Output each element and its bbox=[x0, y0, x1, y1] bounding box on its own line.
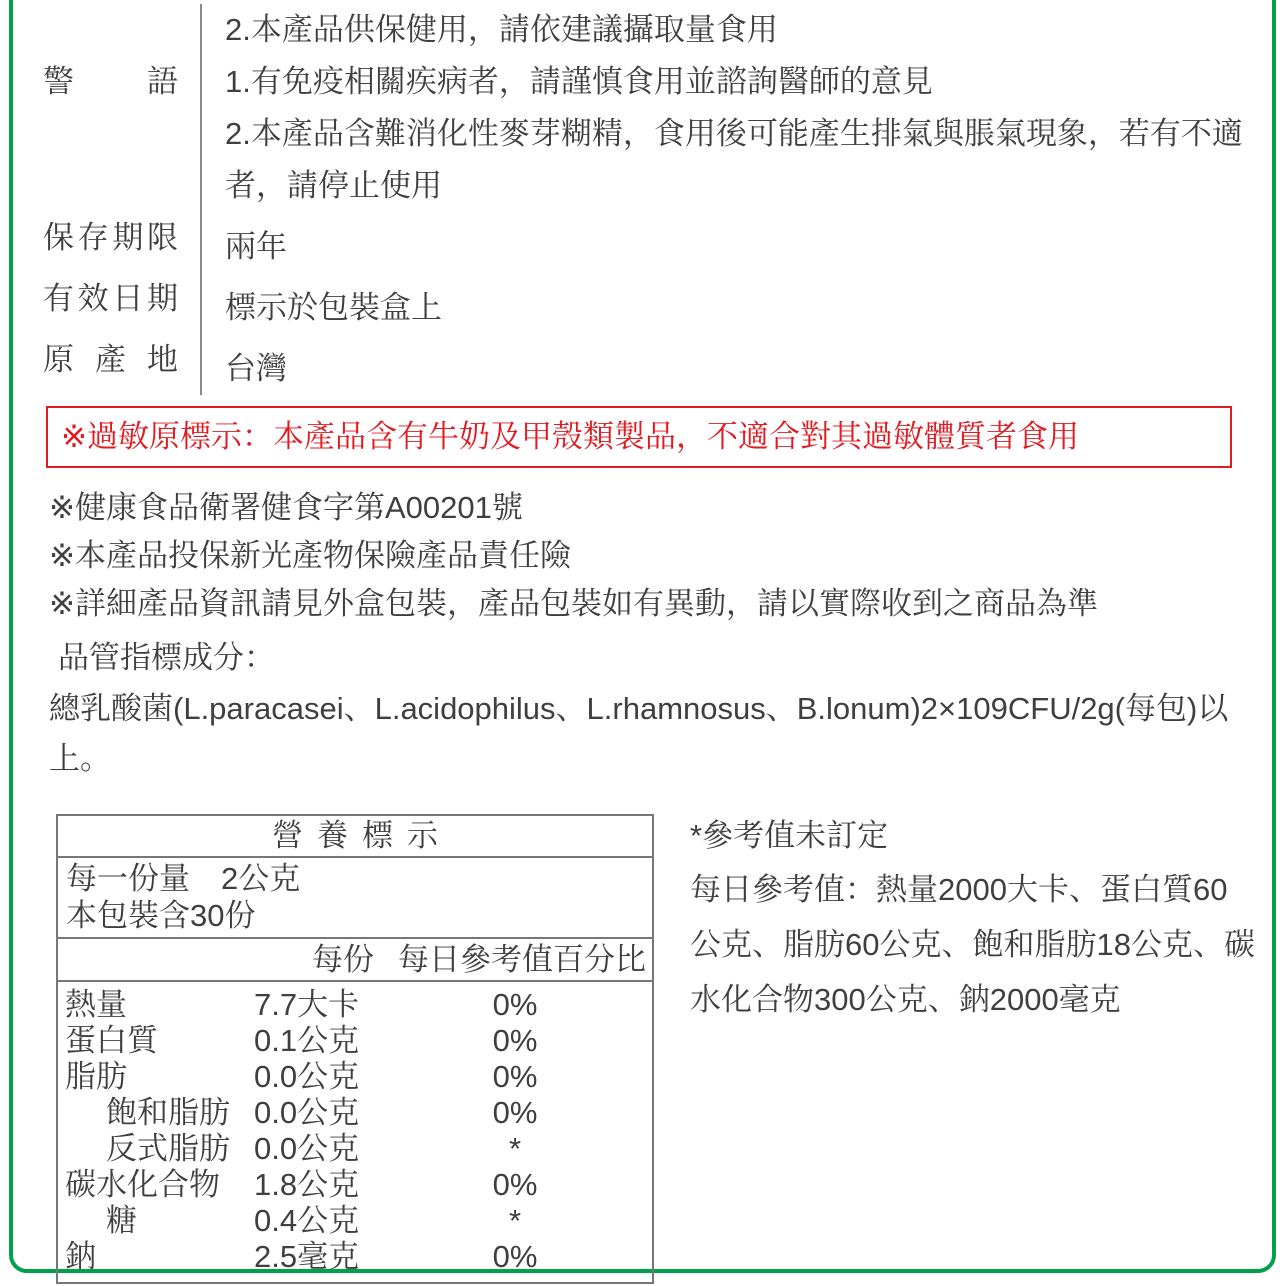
nutrition-facts-table: 營養標示 每一份量 2公克 本包裝含30份 每份 每日參考值百分比 熱量 7.7… bbox=[56, 814, 654, 1284]
table-row-trans-fat: 反式脂肪 0.0公克 * bbox=[58, 1131, 652, 1167]
serving-info: 每一份量 2公克 本包裝含30份 bbox=[58, 858, 652, 939]
row-daily-value: 0% bbox=[430, 1059, 600, 1095]
row-label: 碳水化合物 bbox=[58, 1167, 254, 1203]
info-value-shelf-life: 兩年 bbox=[202, 212, 1270, 273]
row-value: 1.8公克 bbox=[254, 1167, 430, 1203]
note-packaging-disclaimer: ※詳細產品資訊請見外盒包裝，產品包裝如有異動，請以實際收到之商品為準 bbox=[49, 580, 1260, 628]
row-label: 反式脂肪 bbox=[58, 1131, 254, 1167]
nutrition-section: 營養標示 每一份量 2公克 本包裝含30份 每份 每日參考值百分比 熱量 7.7… bbox=[56, 814, 1270, 1284]
warning-line-1: 1.有免疫相關疾病者，請謹慎食用並諮詢醫師的意見 bbox=[225, 56, 1244, 108]
daily-reference-values: 每日參考值：熱量2000大卡、蛋白質60公克、脂肪60公克、飽和脂肪18公克、碳… bbox=[690, 862, 1256, 1027]
info-value-usage-continued: 2.本產品供保健用，請依建議攝取量食用 bbox=[202, 4, 1270, 56]
table-row-sodium: 鈉 2.5毫克 0% bbox=[58, 1239, 652, 1275]
info-label-shelf-life: 保存期限 bbox=[15, 212, 202, 273]
row-daily-value: * bbox=[430, 1203, 600, 1239]
info-value-origin: 台灣 bbox=[202, 334, 1270, 395]
info-value-warnings: 1.有免疫相關疾病者，請謹慎食用並諮詢醫師的意見 2.本產品含難消化性麥芽糊精，… bbox=[202, 56, 1270, 212]
row-label: 飽和脂肪 bbox=[58, 1095, 254, 1131]
row-value: 0.1公克 bbox=[254, 1023, 430, 1059]
table-row-protein: 蛋白質 0.1公克 0% bbox=[58, 1023, 652, 1059]
column-header-daily-value: 每日參考值百分比 bbox=[398, 941, 646, 978]
nutrition-table-title: 營養標示 bbox=[58, 816, 652, 858]
row-value: 2.5毫克 bbox=[254, 1239, 430, 1275]
page-content: 2.本產品供保健用，請依建議攝取量食用 警語 1.有免疫相關疾病者，請謹慎食用並… bbox=[15, 0, 1270, 1284]
row-label: 糖 bbox=[58, 1203, 254, 1239]
row-label: 脂肪 bbox=[58, 1059, 254, 1095]
row-label: 熱量 bbox=[58, 987, 254, 1023]
info-label-empty bbox=[15, 4, 202, 56]
row-daily-value: * bbox=[430, 1131, 600, 1167]
warning-line-2: 2.本產品含難消化性麥芽糊精，食用後可能產生排氣與脹氣現象，若有不適者，請停止使… bbox=[225, 108, 1244, 212]
info-label-warnings: 警語 bbox=[15, 56, 202, 212]
row-value: 0.0公克 bbox=[254, 1095, 430, 1131]
servings-per-package: 本包裝含30份 bbox=[66, 897, 652, 934]
info-label-expiry-date: 有效日期 bbox=[15, 273, 202, 334]
qc-ingredient-detail: 總乳酸菌(L.paracasei、L.acidophilus、L.rhamnos… bbox=[49, 684, 1262, 784]
table-row-sugar: 糖 0.4公克 * bbox=[58, 1203, 652, 1239]
row-daily-value: 0% bbox=[430, 987, 600, 1023]
row-value: 0.0公克 bbox=[254, 1131, 430, 1167]
table-row-calories: 熱量 7.7大卡 0% bbox=[58, 987, 652, 1023]
product-info-page: 2.本產品供保健用，請依建議攝取量食用 警語 1.有免疫相關疾病者，請謹慎食用並… bbox=[0, 0, 1286, 1286]
row-daily-value: 0% bbox=[430, 1023, 600, 1059]
row-value: 0.4公克 bbox=[254, 1203, 430, 1239]
note-health-food-certificate: ※健康食品衛署健食字第A00201號 bbox=[49, 484, 1260, 532]
table-row-saturated-fat: 飽和脂肪 0.0公克 0% bbox=[58, 1095, 652, 1131]
row-daily-value: 0% bbox=[430, 1167, 600, 1203]
info-label-origin: 原產地 bbox=[15, 334, 202, 395]
row-label: 蛋白質 bbox=[58, 1023, 254, 1059]
table-row-carbohydrate: 碳水化合物 1.8公克 0% bbox=[58, 1167, 652, 1203]
table-row-fat: 脂肪 0.0公克 0% bbox=[58, 1059, 652, 1095]
info-value-expiry-date: 標示於包裝盒上 bbox=[202, 273, 1270, 334]
regulatory-notes: ※健康食品衛署健食字第A00201號 ※本產品投保新光產物保險產品責任險 ※詳細… bbox=[49, 484, 1260, 628]
note-product-liability-insurance: ※本產品投保新光產物保險產品責任險 bbox=[49, 532, 1260, 580]
qc-ingredient-heading: 品管指標成分： bbox=[58, 634, 1260, 682]
product-info-table: 2.本產品供保健用，請依建議攝取量食用 警語 1.有免疫相關疾病者，請謹慎食用並… bbox=[15, 0, 1270, 395]
allergen-warning-box: ※過敏原標示：本產品含有牛奶及甲殼類製品，不適合對其過敏體質者食用 bbox=[46, 406, 1232, 468]
row-value: 7.7大卡 bbox=[254, 987, 430, 1023]
serving-size: 每一份量 2公克 bbox=[66, 860, 652, 897]
row-daily-value: 0% bbox=[430, 1095, 600, 1131]
reference-undetermined-footnote: *參考值未訂定 bbox=[690, 814, 1256, 858]
nutrition-rows: 熱量 7.7大卡 0% 蛋白質 0.1公克 0% 脂肪 0.0公克 0% bbox=[58, 982, 652, 1282]
row-label: 鈉 bbox=[58, 1239, 254, 1275]
row-daily-value: 0% bbox=[430, 1239, 600, 1275]
column-header-per-serving: 每份 bbox=[312, 941, 374, 978]
nutrition-column-headers: 每份 每日參考值百分比 bbox=[58, 939, 652, 982]
row-value: 0.0公克 bbox=[254, 1059, 430, 1095]
nutrition-reference-notes: *參考值未訂定 每日參考值：熱量2000大卡、蛋白質60公克、脂肪60公克、飽和… bbox=[690, 814, 1256, 1027]
